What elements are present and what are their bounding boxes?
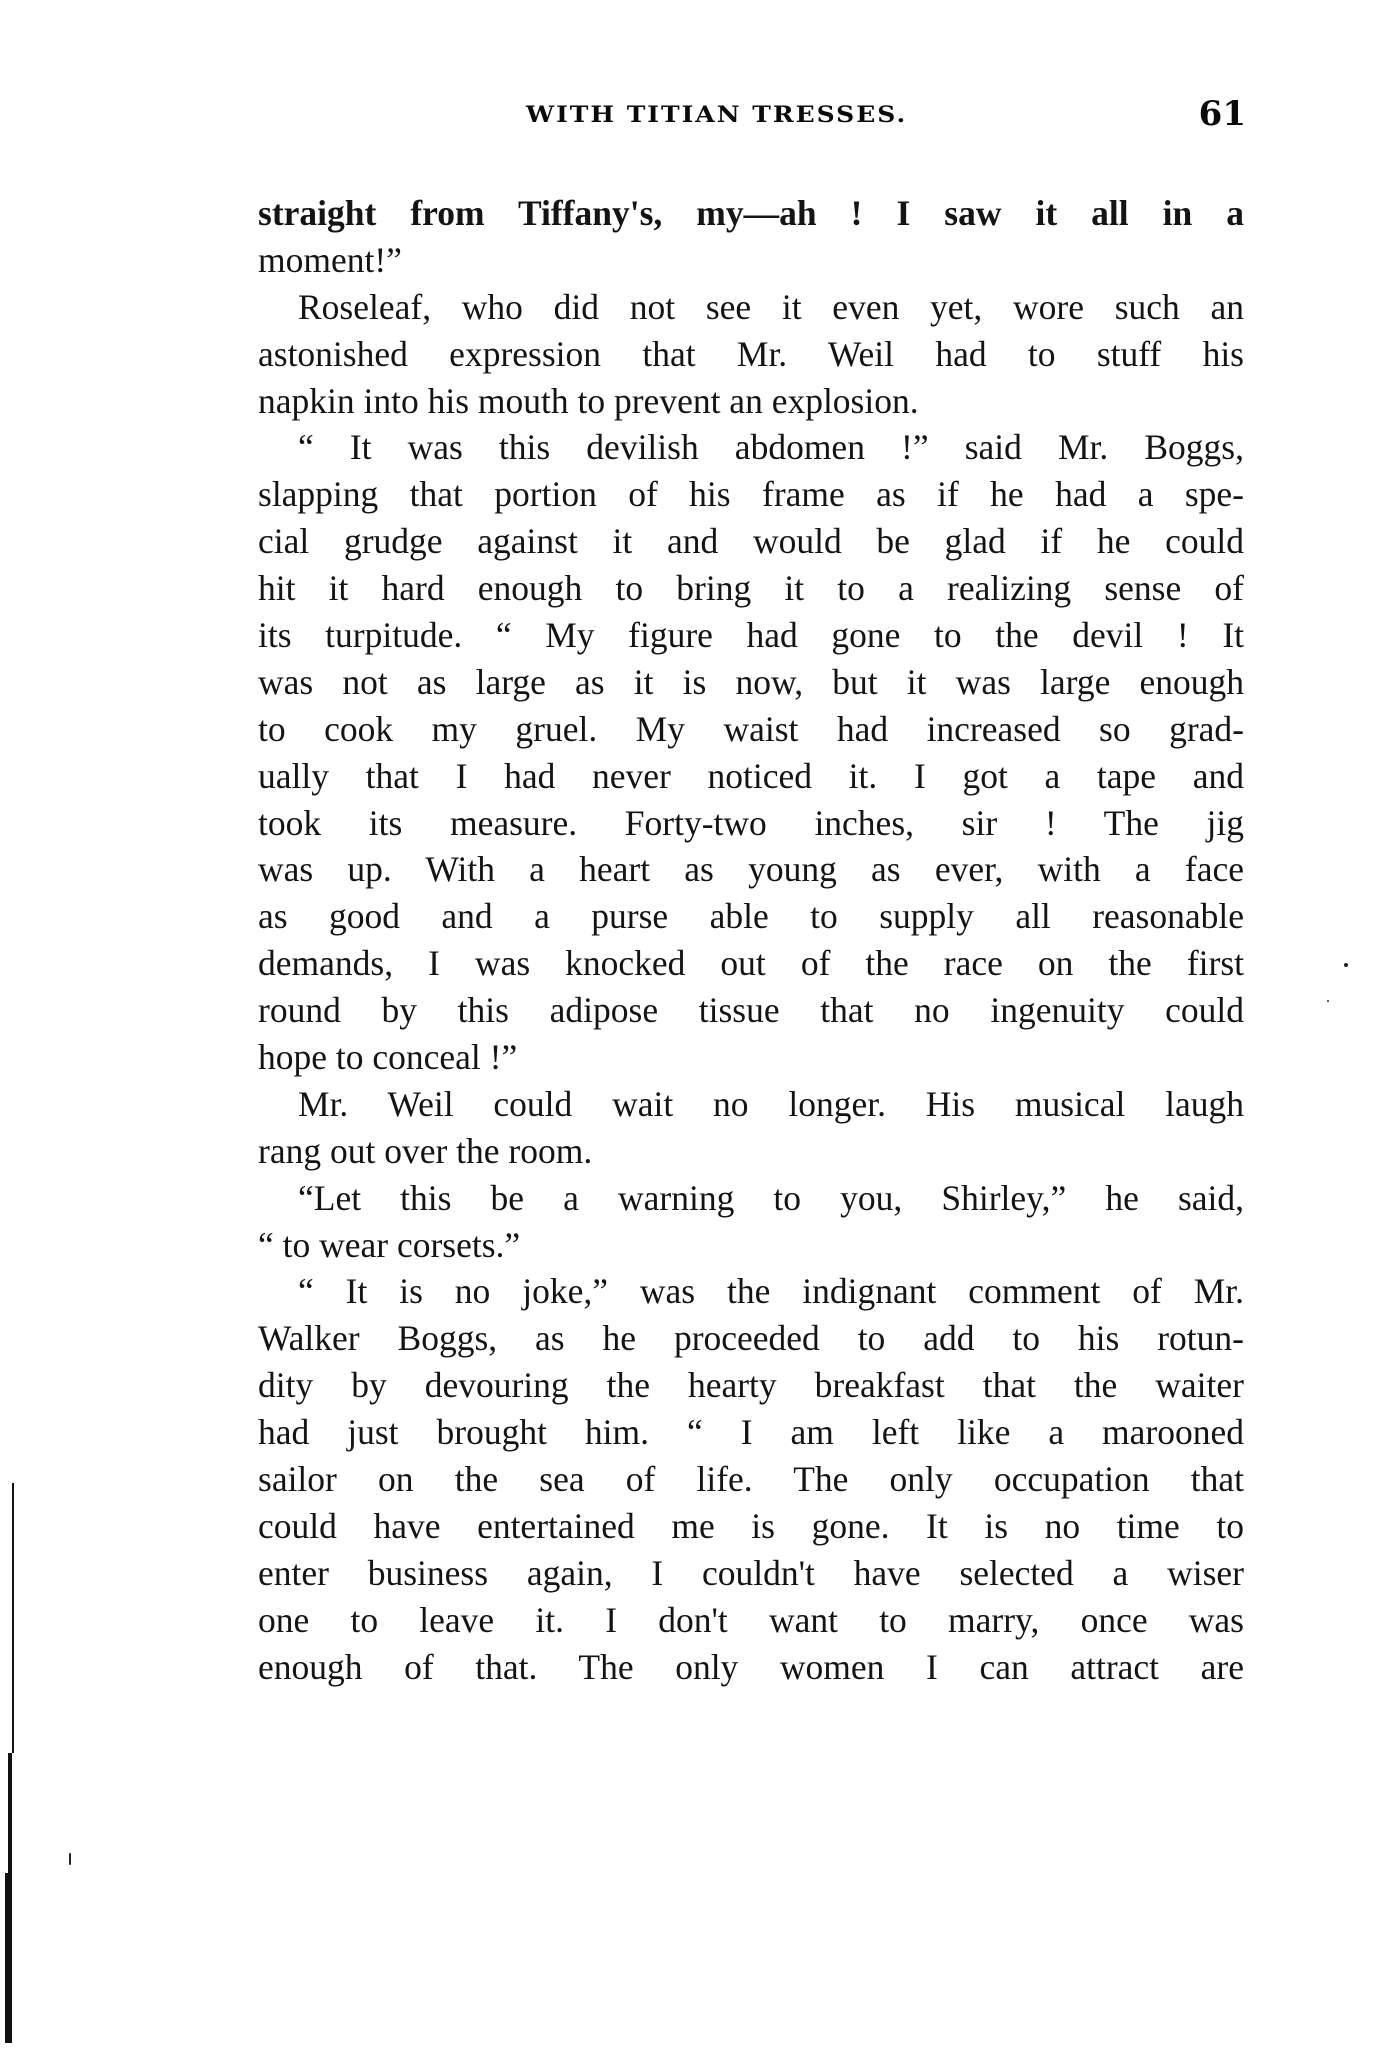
text-line: sailor on the sea of life. The only occu… (258, 1456, 1244, 1503)
text-line: napkin into his mouth to prevent an expl… (258, 378, 1244, 425)
text-line: round by this adipose tissue that no ing… (258, 987, 1244, 1034)
text-line: took its measure. Forty-two inches, sir … (258, 800, 1244, 847)
text-line: Roseleaf, who did not see it even yet, w… (258, 284, 1244, 331)
page-number: 61 (1199, 94, 1246, 134)
text-line: “ It is no joke,” was the indignant comm… (258, 1268, 1244, 1315)
text-line: “ It was this devilish abdomen !” said M… (258, 424, 1244, 471)
scan-edge-shadow (8, 1753, 12, 1873)
running-title: WITH TITIAN TRESSES. (526, 101, 907, 127)
text-line: straight from Tiffany's, my—ah ! I saw i… (258, 190, 1244, 237)
text-line: as good and a purse able to supply all r… (258, 893, 1244, 940)
text-line: enter business again, I couldn't have se… (258, 1550, 1244, 1597)
text-line: to cook my gruel. My waist had increased… (258, 706, 1244, 753)
text-line: its turpitude. “ My figure had gone to t… (258, 612, 1244, 659)
scan-edge-shadow (12, 1483, 14, 1753)
text-line: was up. With a heart as young as ever, w… (258, 846, 1244, 893)
text-line: Mr. Weil could wait no longer. His music… (258, 1081, 1244, 1128)
text-line: astonished expression that Mr. Weil had … (258, 331, 1244, 378)
scan-speck (1327, 1000, 1329, 1002)
text-line: was not as large as it is now, but it wa… (258, 659, 1244, 706)
text-line: moment!” (258, 237, 1244, 284)
scan-edge-shadow (5, 1873, 12, 2043)
body-text: straight from Tiffany's, my—ah ! I saw i… (258, 190, 1244, 1691)
text-line: enough of that. The only women I can att… (258, 1644, 1244, 1691)
text-line: “Let this be a warning to you, Shirley,”… (258, 1175, 1244, 1222)
text-line: one to leave it. I don't want to marry, … (258, 1597, 1244, 1644)
text-line: demands, I was knocked out of the race o… (258, 940, 1244, 987)
text-line: “ to wear corsets.” (258, 1222, 1244, 1269)
text-line: cial grudge against it and would be glad… (258, 518, 1244, 565)
book-page: WITH TITIAN TRESSES. 61 straight from Ti… (0, 0, 1378, 2059)
scan-speck (69, 1853, 71, 1865)
text-line: Walker Boggs, as he proceeded to add to … (258, 1315, 1244, 1362)
text-line: dity by devouring the hearty breakfast t… (258, 1362, 1244, 1409)
text-line: hit it hard enough to bring it to a real… (258, 565, 1244, 612)
text-line: had just brought him. “ I am left like a… (258, 1409, 1244, 1456)
text-line: hope to conceal !” (258, 1034, 1244, 1081)
text-line: ually that I had never noticed it. I got… (258, 753, 1244, 800)
scan-speck (1344, 963, 1348, 967)
running-head: WITH TITIAN TRESSES. 61 (258, 96, 1250, 142)
text-line: could have entertained me is gone. It is… (258, 1503, 1244, 1550)
text-line: slapping that portion of his frame as if… (258, 471, 1244, 518)
text-line: rang out over the room. (258, 1128, 1244, 1175)
